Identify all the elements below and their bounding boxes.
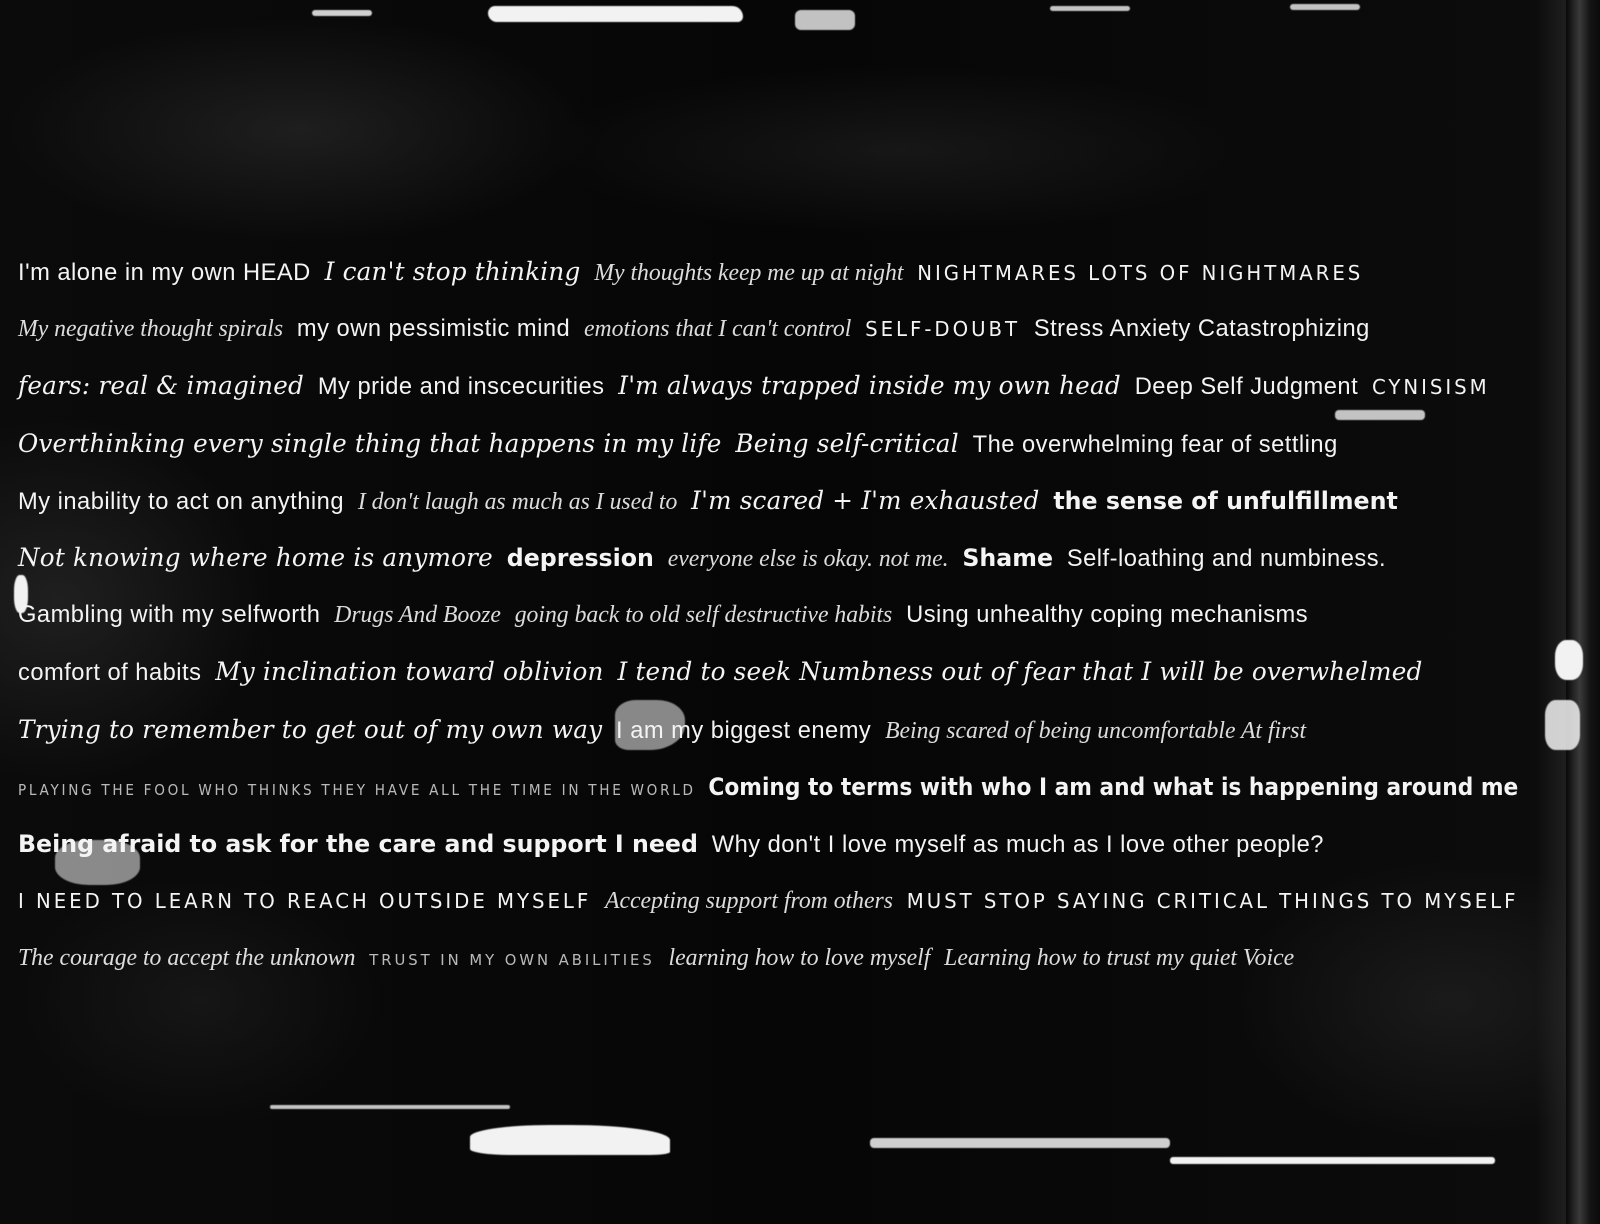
handwritten-phrase: MUST STOP SAYING CRITICAL THINGS TO MYSE… [907,874,1519,928]
handwritten-phrase: The courage to accept the unknown [18,931,355,985]
handwritten-phrase: The overwhelming fear of settling [973,418,1338,472]
handwritten-phrase: Shame [962,531,1053,585]
text-line: Not knowing where home is anymoredepress… [18,531,1518,585]
paint-smear [1545,700,1580,750]
text-line: Being afraid to ask for the care and sup… [18,817,1518,871]
handwritten-phrase: emotions that I can't control [584,302,851,356]
handwritten-phrase: Why don't I love myself as much as I lov… [712,818,1324,872]
paint-smear [270,1105,510,1109]
handwritten-phrase: I'm always trapped inside my own head [618,359,1121,413]
handwritten-phrase: Trying to remember to get out of my own … [18,703,602,757]
handwritten-phrase: Self-loathing and numbiness. [1067,532,1386,586]
handwritten-phrase: Accepting support from others [605,874,893,928]
handwritten-phrase: My negative thought spirals [18,302,283,356]
handwritten-phrase: learning how to love myself [669,931,931,985]
board-right-edge [1566,0,1600,1224]
handwritten-phrase: I'm scared + I'm exhausted [691,474,1039,528]
handwritten-phrase: I'm alone in my own HEAD [18,246,311,300]
chalkboard-artwork: I'm alone in my own HEADI can't stop thi… [0,0,1600,1224]
handwritten-phrase: SELF-DOUBT [865,302,1020,356]
text-line: My negative thought spiralsmy own pessim… [18,302,1518,356]
text-line: Gambling with my selfworthDrugs And Booz… [18,588,1518,642]
paint-smear [1050,6,1130,11]
handwritten-phrase: PLAYING THE FOOL WHO THINKS THEY HAVE AL… [18,763,696,817]
handwritten-phrase: My thoughts keep me up at night [594,246,903,300]
text-line: PLAYING THE FOOL WHO THINKS THEY HAVE AL… [18,760,1395,814]
handwritten-phrase: Coming to terms with who I am and what i… [708,760,1518,814]
text-line: I'm alone in my own HEADI can't stop thi… [18,245,1518,299]
paint-smear [470,1125,670,1155]
text-line: I NEED TO LEARN TO REACH OUTSIDE MYSELFA… [18,874,1518,928]
handwritten-phrase: I am my biggest enemy [616,704,871,758]
handwritten-phrase: NIGHTMARES LOTS OF NIGHTMARES [917,246,1363,300]
handwritten-phrase: I NEED TO LEARN TO REACH OUTSIDE MYSELF [18,874,591,928]
handwritten-phrase: I tend to seek Numbness out of fear that… [617,645,1422,699]
handwritten-phrase: Not knowing where home is anymore [18,531,493,585]
handwritten-phrase: I can't stop thinking [325,245,581,299]
handwritten-phrase: Drugs And Booze [334,588,501,642]
text-line: Trying to remember to get out of my own … [18,703,1518,757]
handwritten-text-block: I'm alone in my own HEADI can't stop thi… [18,245,1538,988]
handwritten-phrase: CYNISISM [1372,360,1490,414]
handwritten-phrase: going back to old self destructive habit… [515,588,893,642]
handwritten-phrase: Being self-critical [735,417,958,471]
text-line: Overthinking every single thing that hap… [18,417,1518,471]
handwritten-phrase: My pride and inscecurities [318,360,605,414]
paint-smear [870,1138,1170,1148]
handwritten-phrase: everyone else is okay. not me. [668,532,949,586]
text-line: The courage to accept the unknownTRUST I… [18,931,1518,985]
handwritten-phrase: Deep Self Judgment [1135,360,1358,414]
handwritten-phrase: My inclination toward oblivion [215,645,603,699]
handwritten-phrase: fears: real & imagined [18,359,304,413]
handwritten-phrase: Being scared of being uncomfortable At f… [885,704,1306,758]
paint-smear [1170,1157,1495,1164]
handwritten-phrase: Being afraid to ask for the care and sup… [18,817,698,871]
paint-smear [1555,640,1583,680]
paint-smear [488,6,743,22]
handwritten-phrase: my own pessimistic mind [297,302,570,356]
paint-smear [1290,4,1360,10]
handwritten-phrase: My inability to act on anything [18,475,344,529]
paint-smear [312,10,372,16]
handwritten-phrase: Learning how to trust my quiet Voice [944,931,1294,985]
handwritten-phrase: Gambling with my selfworth [18,588,320,642]
handwritten-phrase: comfort of habits [18,646,201,700]
handwritten-phrase: TRUST IN MY OWN ABILITIES [369,933,654,987]
text-line: My inability to act on anythingI don't l… [18,474,1518,528]
handwritten-phrase: Overthinking every single thing that hap… [18,417,722,471]
handwritten-phrase: Stress Anxiety Catastrophizing [1034,302,1370,356]
paint-smear [795,10,855,30]
text-line: comfort of habitsMy inclination toward o… [18,645,1518,699]
text-line: fears: real & imaginedMy pride and insce… [18,359,1518,413]
handwritten-phrase: Using unhealthy coping mechanisms [906,588,1308,642]
handwritten-phrase: depression [507,531,654,585]
handwritten-phrase: I don't laugh as much as I used to [358,475,678,529]
handwritten-phrase: the sense of unfulfillment [1053,474,1397,528]
